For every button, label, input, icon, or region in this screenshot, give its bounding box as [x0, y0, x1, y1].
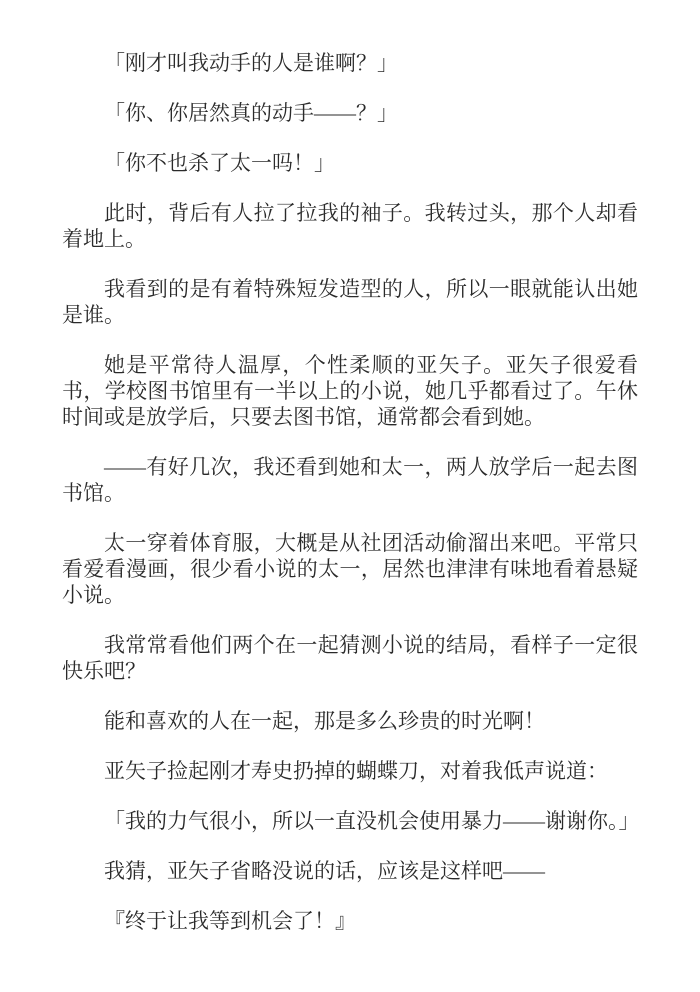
paragraph: 我猜，亚矢子省略没说的话，应该是这样吧——: [62, 858, 638, 884]
paragraph: 『终于让我等到机会了！』: [62, 908, 638, 934]
paragraph: 亚矢子捡起刚才寿史扔掉的蝴蝶刀，对着我低声说道：: [62, 758, 638, 784]
paragraph: 「你、你居然真的动手——？」: [62, 100, 638, 126]
document-page: 「刚才叫我动手的人是谁啊？」 「你、你居然真的动手——？」 「你不也杀了太一吗！…: [0, 0, 700, 992]
paragraph: 「我的力气很小，所以一直没机会使用暴力——谢谢你。」: [62, 808, 638, 834]
paragraph: 太一穿着体育服，大概是从社团活动偷溜出来吧。平常只看爱看漫画，很少看小说的太一，…: [62, 530, 638, 608]
paragraph: 我看到的是有着特殊短发造型的人，所以一眼就能认出她是谁。: [62, 276, 638, 328]
paragraph: 她是平常待人温厚，个性柔顺的亚矢子。亚矢子很爱看书，学校图书馆里有一半以上的小说…: [62, 352, 638, 430]
paragraph: ——有好几次，我还看到她和太一，两人放学后一起去图书馆。: [62, 454, 638, 506]
paragraph: 「你不也杀了太一吗！」: [62, 150, 638, 176]
paragraph: 「刚才叫我动手的人是谁啊？」: [62, 50, 638, 76]
paragraph: 我常常看他们两个在一起猜测小说的结局，看样子一定很快乐吧？: [62, 632, 638, 684]
paragraph: 此时，背后有人拉了拉我的袖子。我转过头，那个人却看着地上。: [62, 200, 638, 252]
paragraph: 能和喜欢的人在一起，那是多么珍贵的时光啊！: [62, 708, 638, 734]
